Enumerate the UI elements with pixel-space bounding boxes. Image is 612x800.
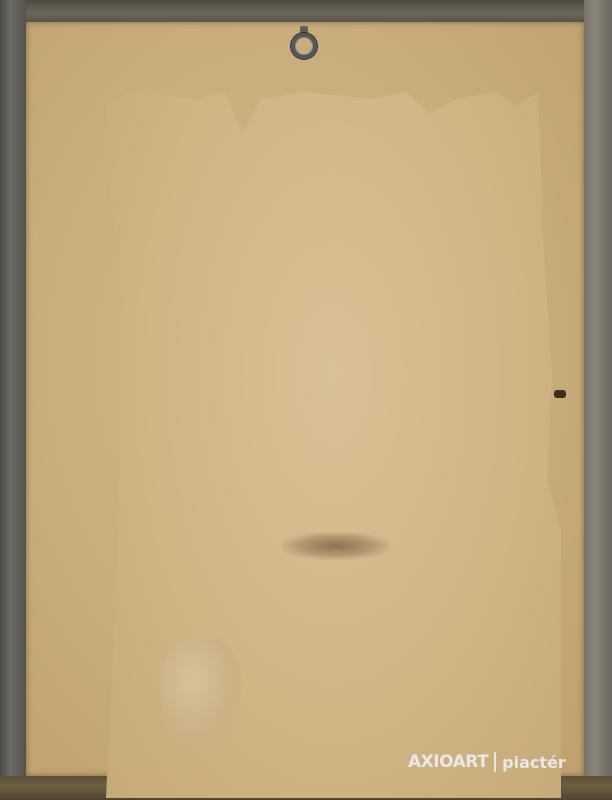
frame-left-rail xyxy=(0,0,26,800)
watermark-separator xyxy=(494,752,496,772)
paper-tear-lower-left xyxy=(161,637,241,747)
watermark-brand: AXIOART xyxy=(408,752,488,772)
backing-board xyxy=(26,22,584,776)
hanging-ring-icon xyxy=(291,33,317,59)
small-hole xyxy=(554,390,566,398)
watermark: AXIOART piactér xyxy=(408,749,566,775)
frame-right-rail xyxy=(584,0,612,800)
watermark-sub: piactér xyxy=(502,753,566,772)
frame-top-rail xyxy=(0,0,612,22)
paper-tear-center xyxy=(281,532,391,560)
framed-picture-back: AXIOART piactér xyxy=(0,0,612,800)
